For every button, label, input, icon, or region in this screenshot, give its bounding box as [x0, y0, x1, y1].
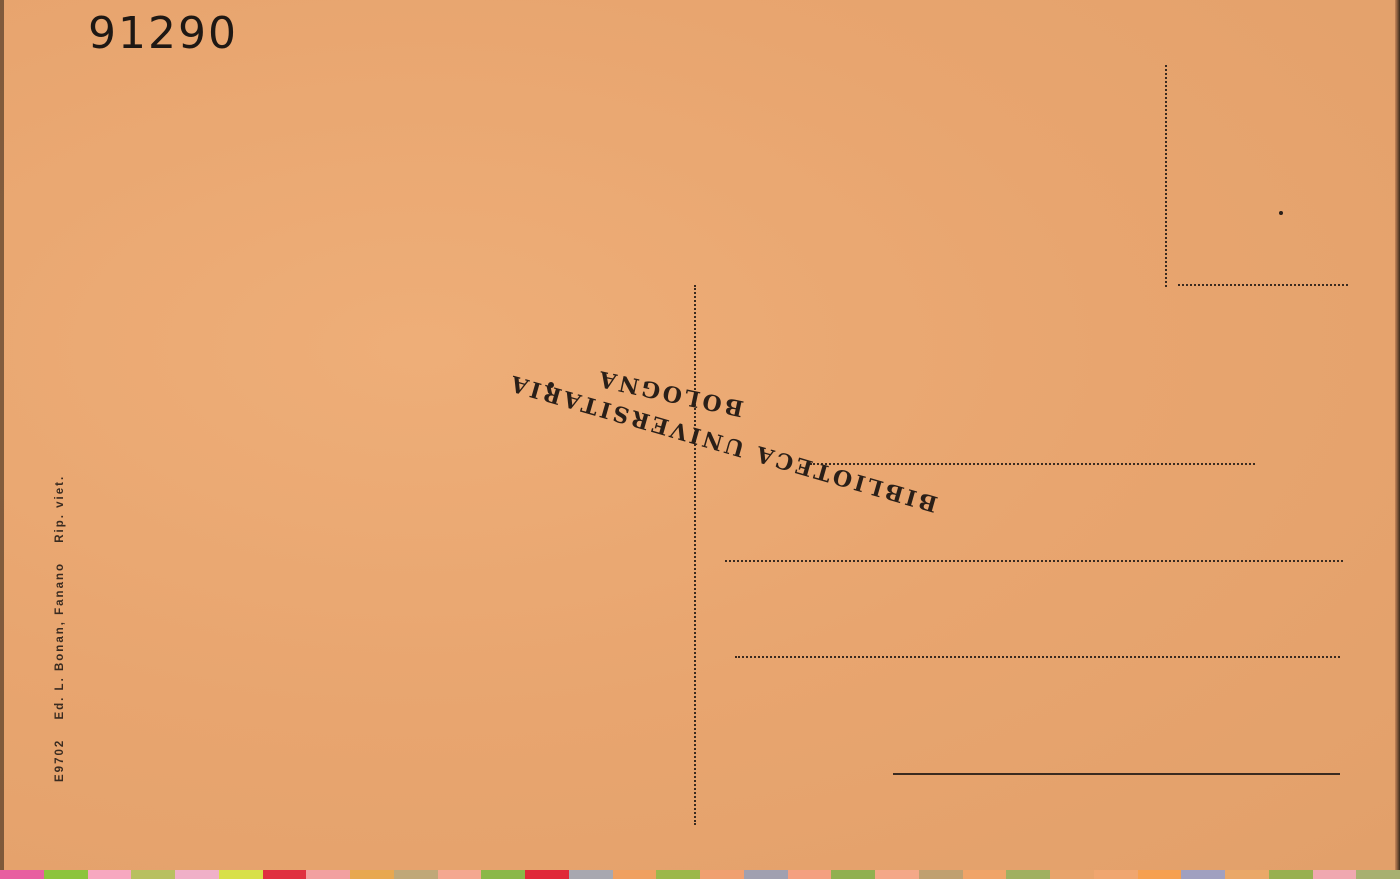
- color-strip-segment: [1006, 870, 1050, 879]
- color-strip-segment: [963, 870, 1007, 879]
- stamp-box-horizontal-divider: [1178, 284, 1348, 286]
- color-strip-segment: [831, 870, 875, 879]
- stamp-dot: [548, 382, 554, 388]
- color-strip-segment: [1225, 870, 1269, 879]
- color-strip-segment: [1050, 870, 1094, 879]
- color-strip-segment: [131, 870, 175, 879]
- center-divider-line: [694, 285, 696, 825]
- color-strip-segment: [1181, 870, 1225, 879]
- color-strip-segment: [1356, 870, 1400, 879]
- color-strip-segment: [175, 870, 219, 879]
- address-line-1: [810, 463, 1255, 465]
- color-strip-segment: [0, 870, 44, 879]
- color-strip-segment: [788, 870, 832, 879]
- color-strip-segment: [919, 870, 963, 879]
- imprint-code: E9702: [54, 739, 66, 782]
- imprint-note: Rip. viet.: [54, 475, 66, 543]
- color-strip-segment: [569, 870, 613, 879]
- address-line-4: [893, 773, 1340, 775]
- address-line-2: [725, 560, 1343, 562]
- color-strip-segment: [438, 870, 482, 879]
- handwritten-catalog-number: 91290: [88, 8, 238, 59]
- color-strip-segment: [481, 870, 525, 879]
- color-strip-segment: [744, 870, 788, 879]
- color-strip-segment: [613, 870, 657, 879]
- color-strip-segment: [394, 870, 438, 879]
- color-strip-segment: [1269, 870, 1313, 879]
- color-strip-segment: [700, 870, 744, 879]
- card-edge-left: [0, 0, 4, 870]
- stamp-box-vertical-divider: [1165, 65, 1167, 287]
- color-strip-segment: [88, 870, 132, 879]
- publisher-imprint: E9702 Ed. L. Bonan, Fanano Rip. viet.: [54, 461, 66, 782]
- color-strip-segment: [875, 870, 919, 879]
- color-strip-segment: [1094, 870, 1138, 879]
- color-strip-segment: [525, 870, 569, 879]
- library-ownership-stamp: BIBLIOTECA UNIVERSITARIA BOLOGNA: [490, 370, 850, 550]
- postcard-back: 91290 E9702 Ed. L. Bonan, Fanano Rip. vi…: [0, 0, 1400, 870]
- imprint-publisher: Ed. L. Bonan, Fanano: [54, 562, 66, 720]
- color-strip-segment: [263, 870, 307, 879]
- color-strip-segment: [219, 870, 263, 879]
- scan-color-calibration-strip: [0, 870, 1400, 879]
- ink-speck: [1279, 211, 1283, 215]
- color-strip-segment: [1313, 870, 1357, 879]
- card-edge-right: [1395, 0, 1400, 870]
- color-strip-segment: [656, 870, 700, 879]
- address-line-3: [735, 656, 1340, 658]
- color-strip-segment: [306, 870, 350, 879]
- color-strip-segment: [44, 870, 88, 879]
- color-strip-segment: [350, 870, 394, 879]
- color-strip-segment: [1138, 870, 1182, 879]
